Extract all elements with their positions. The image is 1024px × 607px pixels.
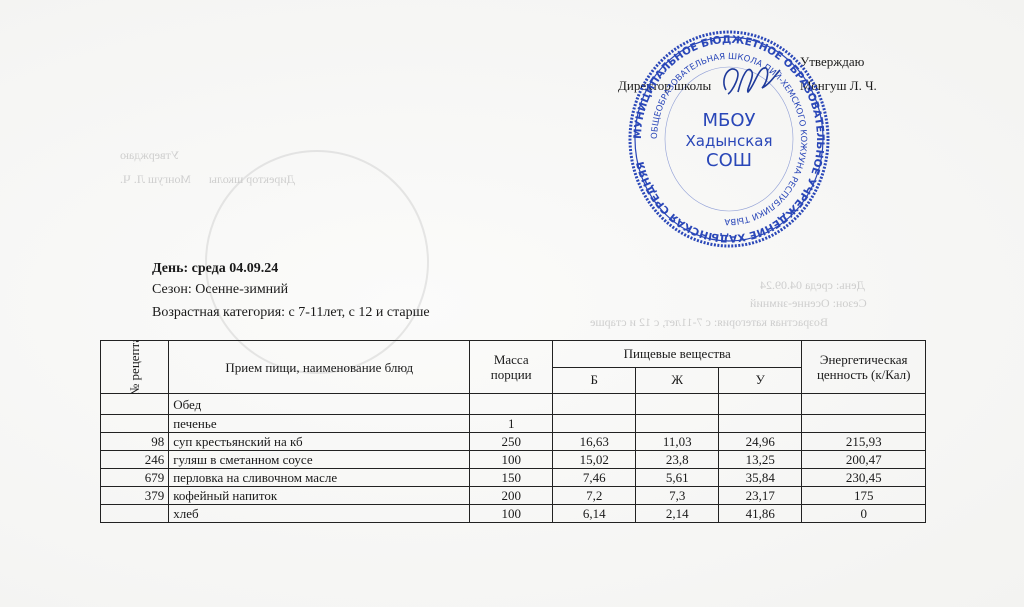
meal-row: Обед [101,394,926,415]
cell-carbs: 41,86 [719,505,802,523]
cell-recipe-no [101,415,169,433]
cell-carbs [719,415,802,433]
header-nutrients: Пищевые вещества [553,341,802,368]
header-energy: Энергетическая ценность (к/Кал) [802,341,926,394]
cell-fat: 11,03 [636,433,719,451]
header-mass: Масса порции [470,341,553,394]
cell-protein: 15,02 [553,451,636,469]
cell-recipe-no: 679 [101,469,169,487]
table-row: 246гуляш в сметанном соусе10015,0223,813… [101,451,926,469]
cell-dish-name: суп крестьянский на кб [169,433,470,451]
cell-recipe-no: 98 [101,433,169,451]
cell-recipe-no: 246 [101,451,169,469]
cell-energy: 0 [802,505,926,523]
cell-dish-name: перловка на сливочном масле [169,469,470,487]
cell-carbs: 24,96 [719,433,802,451]
ghost-text: День: среда 04.09.24 [760,278,865,293]
scanned-page: Утверждаю Директор школы Монгуш Л. Ч. Де… [0,0,1024,607]
svg-text:Хадынская: Хадынская [685,132,772,150]
cell-dish-name: хлеб [169,505,470,523]
header-protein: Б [553,367,636,394]
cell-energy: 215,93 [802,433,926,451]
cell-mass: 200 [470,487,553,505]
ghost-text: Утверждаю [120,148,179,163]
header-recipe-no: № рецепта [101,341,169,394]
cell-mass: 250 [470,433,553,451]
header-dish: Прием пищи, наименование блюд [169,341,470,394]
ghost-text: Директор школы Монгуш Л. Ч. [120,172,295,187]
menu-day: День: среда 04.09.24 [152,261,278,277]
svg-text:СОШ: СОШ [706,150,752,171]
cell-protein [553,415,636,433]
cell-protein: 16,63 [553,433,636,451]
cell-protein: 6,14 [553,505,636,523]
cell-fat: 7,3 [636,487,719,505]
cell-mass: 100 [470,505,553,523]
cell-energy: 200,47 [802,451,926,469]
cell-dish-name: печенье [169,415,470,433]
cell-energy: 175 [802,487,926,505]
table-row: хлеб1006,142,1441,860 [101,505,926,523]
cell-carbs: 35,84 [719,469,802,487]
cell-fat: 5,61 [636,469,719,487]
svg-text:МБОУ: МБОУ [702,110,755,131]
table-row: 98суп крестьянский на кб25016,6311,0324,… [101,433,926,451]
table-row: 679перловка на сливочном масле1507,465,6… [101,469,926,487]
header-carbs: У [719,367,802,394]
cell-dish-name: кофейный напиток [169,487,470,505]
meal-label: Обед [169,394,470,415]
menu-table: № рецепта Прием пищи, наименование блюд … [100,340,926,523]
cell-recipe-no [101,505,169,523]
cell-energy: 230,45 [802,469,926,487]
cell-energy [802,415,926,433]
cell-fat: 2,14 [636,505,719,523]
cell-protein: 7,2 [553,487,636,505]
menu-age-category: Возрастная категория: с 7-11лет, с 12 и … [152,305,432,320]
cell-carbs: 23,17 [719,487,802,505]
ghost-text: Возрастная категория: с 7-11лет, с 12 и … [590,315,828,330]
cell-carbs: 13,25 [719,451,802,469]
table-row: 379кофейный напиток2007,27,323,17175 [101,487,926,505]
cell-mass: 100 [470,451,553,469]
cell-recipe-no: 379 [101,487,169,505]
header-fat: Ж [636,367,719,394]
ghost-text: Сезон: Осенне-зимний [750,296,867,311]
signature-icon [718,60,788,100]
cell-fat: 23,8 [636,451,719,469]
cell-fat [636,415,719,433]
cell-dish-name: гуляш в сметанном соусе [169,451,470,469]
table-row: печенье1 [101,415,926,433]
cell-mass: 150 [470,469,553,487]
cell-protein: 7,46 [553,469,636,487]
cell-mass: 1 [470,415,553,433]
menu-season: Сезон: Осенне-зимний [152,282,288,298]
